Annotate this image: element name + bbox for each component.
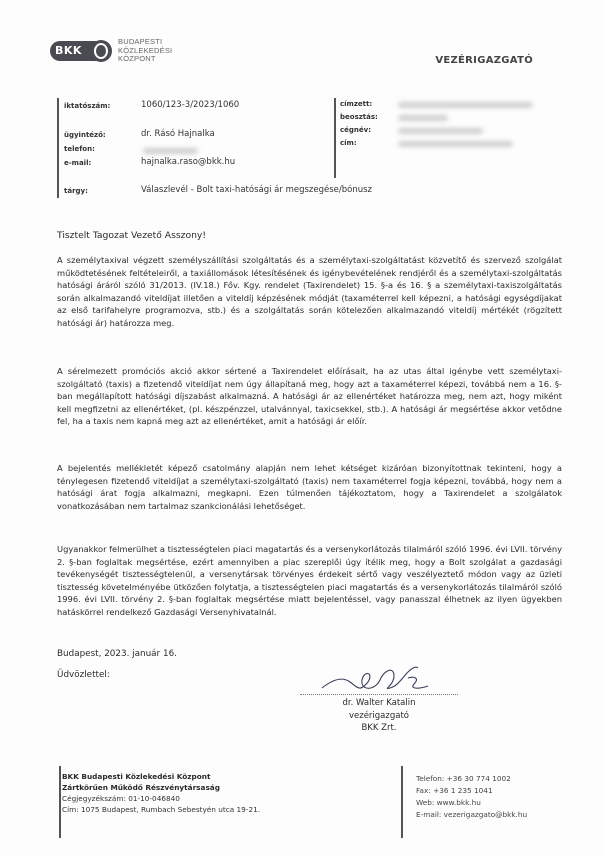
paragraph-2: A sérelmezett promóciós akció akkor sért… — [57, 365, 562, 428]
signature-block: dr. Walter Katalin vezérigazgató BKK Zrt… — [318, 697, 440, 735]
logo-ring-icon — [90, 40, 112, 62]
footer-phone: Telefon: +36 30 774 1002 — [416, 773, 527, 785]
logo-text: BUDAPESTI KÖZLEKEDÉSI KÖZPONT — [118, 38, 172, 64]
meta-label-caseworker: ügyintéző: — [64, 131, 106, 139]
place-date: Budapest, 2023. január 16. — [57, 649, 177, 659]
footer-left-bar — [59, 766, 61, 838]
meta-label-recipient: címzett: — [340, 100, 372, 108]
meta-value-caseworker: dr. Rásó Hajnalka — [141, 129, 215, 139]
meta-label-address: cím: — [340, 139, 357, 147]
footer-right-bar — [401, 766, 403, 838]
signer-name: dr. Walter Katalin — [318, 697, 440, 710]
meta-label-reference: iktatószám: — [64, 102, 110, 110]
letter-subject: Válaszlevél - Bolt taxi-hatósági ár megs… — [141, 185, 372, 195]
meta-value-phone-redacted — [143, 148, 198, 154]
footer-address: Cím: 1075 Budapest, Rumbach Sebestyén ut… — [62, 804, 260, 815]
footer-contact-info: Telefon: +36 30 774 1002 Fax: +36 1 235 … — [416, 773, 527, 821]
bkk-logo: BKK BUDAPESTI KÖZLEKEDÉSI KÖZPONT — [50, 38, 172, 64]
meta-label-email: e-mail: — [64, 159, 91, 167]
meta-label-subject: tárgy: — [64, 187, 88, 195]
signature-line — [300, 694, 458, 695]
closing: Üdvözlettel: — [57, 670, 110, 680]
paragraph-1: A személytaxival végzett személyszállítá… — [57, 254, 562, 330]
meta-left-bar — [57, 98, 59, 198]
meta-label-phone: telefon: — [64, 145, 95, 153]
footer-email[interactable]: E-mail: vezerigazgato@bkk.hu — [416, 809, 527, 821]
logo-line-3: KÖZPONT — [118, 55, 172, 64]
signature-scribble-icon — [320, 660, 440, 696]
meta-right-bar — [334, 98, 336, 178]
footer-company-name: BKK Budapesti Közlekedési Központ — [62, 772, 210, 781]
meta-value-position-redacted — [398, 115, 448, 121]
signer-title: vezérigazgató — [318, 710, 440, 723]
footer-company-info: BKK Budapesti Közlekedési Központ Zártkö… — [62, 771, 260, 815]
paragraph-4: Ugyanakkor felmerülhet a tisztességtelen… — [57, 543, 562, 619]
footer-fax: Fax: +36 1 235 1041 — [416, 785, 527, 797]
paragraph-3: A bejelentés mellékletét képező csatolmá… — [57, 462, 562, 512]
meta-label-position: beosztás: — [340, 113, 378, 121]
meta-value-email[interactable]: hajnalka.raso@bkk.hu — [141, 157, 235, 167]
meta-value-reference: 1060/123-3/2023/1060 — [141, 100, 239, 110]
meta-label-company: cégnév: — [340, 126, 371, 134]
department-title: VEZÉRIGAZGATÓ — [435, 55, 533, 66]
meta-value-company-redacted — [398, 128, 483, 134]
signer-company: BKK Zrt. — [318, 722, 440, 735]
footer-registration: Cégjegyzékszám: 01-10-046840 — [62, 793, 260, 804]
meta-value-address-redacted — [398, 141, 513, 147]
meta-value-recipient-redacted — [398, 102, 533, 108]
footer-company-type: Zártkörűen Működő Részvénytársaság — [62, 783, 220, 792]
greeting: Tisztelt Tagozat Vezető Asszony! — [57, 230, 206, 241]
footer-web[interactable]: Web: www.bkk.hu — [416, 797, 527, 809]
